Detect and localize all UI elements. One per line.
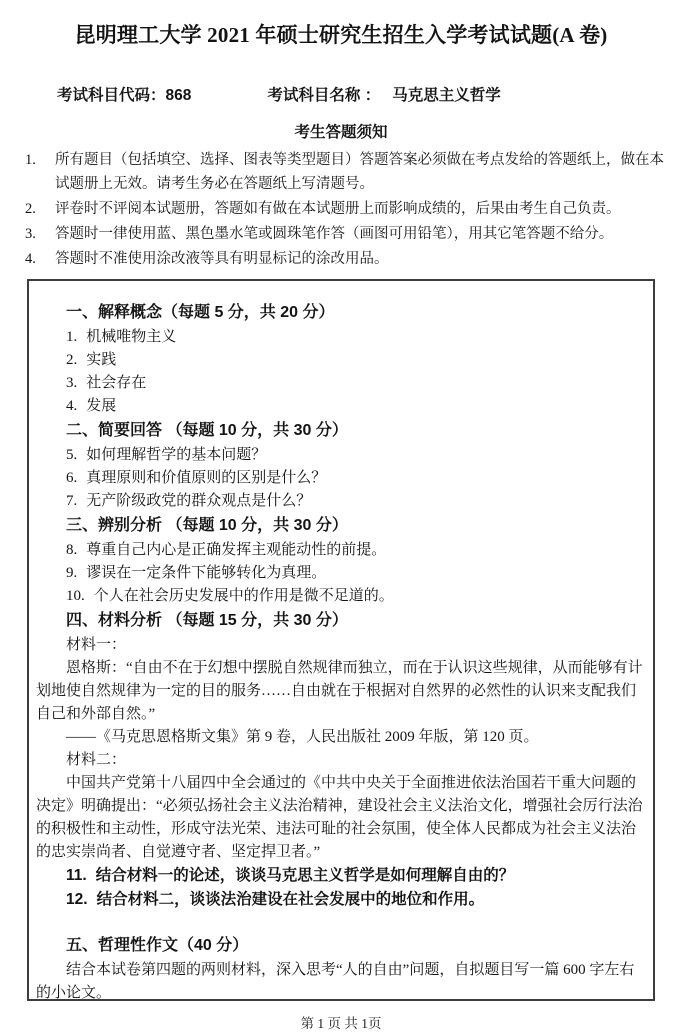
material-label: 材料一： (66, 634, 643, 657)
exam-content-box: 一、解释概念（每题 5 分，共 20 分）1.机械唯物主义2.实践3.社会存在4… (27, 279, 655, 1001)
question-text: 如何理解哲学的基本问题？ (86, 447, 266, 463)
material-paragraph: 中国共产党第十八届四中全会通过的《中共中央关于全面推进依法治国若干重大问题的决定… (36, 772, 643, 864)
notice-item-number: 2. (25, 197, 55, 221)
question-item: 1.机械唯物主义 (66, 326, 643, 349)
question-text: 无产阶级政党的群众观点是什么？ (86, 493, 311, 509)
material-paragraph: 恩格斯：“自由不在于幻想中摆脱自然规律而独立，而在于认识这些规律，从而能够有计划… (36, 657, 643, 726)
question-text: 发展 (86, 398, 116, 414)
notice-item: 3.答题时一律使用蓝、黑色墨水笔或圆珠笔作答（画图可用铅笔），用其它笔答题不给分… (25, 222, 664, 246)
question-item: 6.真理原则和价值原则的区别是什么？ (66, 467, 643, 490)
subject-info-row: 考试科目代码：868 考试科目名称 ：马克思主义哲学 (57, 86, 682, 106)
page-footer: 第 1 页 共 1页 (0, 1015, 682, 1033)
subject-code: 考试科目代码：868 (57, 86, 191, 106)
exam-paper-page: 昆明理工大学 2021 年硕士研究生招生入学考试试题(A 卷) 考试科目代码：8… (0, 0, 682, 1035)
question-number: 7. (66, 493, 77, 509)
section-heading: 一、解释概念（每题 5 分，共 20 分） (66, 300, 643, 326)
question-text: 实践 (86, 352, 116, 368)
question-text: 尊重自己内心是正确发挥主观能动性的前提。 (86, 542, 386, 558)
notice-item-number: 1. (25, 148, 55, 196)
blank-line (36, 912, 643, 933)
question-number: 8. (66, 542, 77, 558)
section-heading: 二、简要回答 （每题 10 分，共 30 分） (66, 418, 643, 444)
notice-item-text: 答题时一律使用蓝、黑色墨水笔或圆珠笔作答（画图可用铅笔），用其它笔答题不给分。 (55, 222, 664, 246)
notice-item-number: 4. (25, 247, 55, 271)
question-text: 个人在社会历史发展中的作用是微不足道的。 (94, 588, 394, 604)
subject-name-label: 考试科目名称 ： (267, 87, 380, 104)
notice-list: 1.所有题目（包括填空、选择、图表等类型题目）答题答案必须做在考点发给的答题纸上… (25, 148, 664, 271)
question-item: 10.个人在社会历史发展中的作用是微不足道的。 (66, 585, 643, 608)
question-number: 3. (66, 375, 77, 391)
subject-name: 考试科目名称 ：马克思主义哲学 (267, 86, 500, 106)
notice-title: 考生答题须知 (0, 123, 682, 142)
question-text: 社会存在 (86, 375, 146, 391)
question-number: 4. (66, 398, 77, 414)
question-text: 结合材料二，谈谈法治建设在社会发展中的地位和作用。 (97, 891, 485, 908)
subject-name-value: 马克思主义哲学 (392, 87, 501, 104)
question-number: 10. (66, 588, 85, 604)
question-item: 3.社会存在 (66, 372, 643, 395)
question-number: 6. (66, 470, 77, 486)
notice-item-number: 3. (25, 222, 55, 246)
question-text: 机械唯物主义 (86, 329, 176, 345)
question-number: 2. (66, 352, 77, 368)
material-label: 材料二： (66, 749, 643, 772)
question-number: 9. (66, 565, 77, 581)
section-heading: 五、哲理性作文（40 分） (66, 933, 643, 959)
notice-item: 1.所有题目（包括填空、选择、图表等类型题目）答题答案必须做在考点发给的答题纸上… (25, 148, 664, 196)
question-text: 结合材料一的论述，谈谈马克思主义哲学是如何理解自由的？ (96, 867, 515, 884)
section-heading: 四、材料分析 （每题 15 分，共 30 分） (66, 608, 643, 634)
question-number: 12. (66, 891, 88, 908)
question-number: 11. (66, 867, 87, 884)
notice-item-text: 答题时不准使用涂改液等具有明显标记的涂改用品。 (55, 247, 664, 271)
question-item-bold: 12.结合材料二，谈谈法治建设在社会发展中的地位和作用。 (66, 888, 643, 912)
question-item: 8.尊重自己内心是正确发挥主观能动性的前提。 (66, 539, 643, 562)
notice-item: 4.答题时不准使用涂改液等具有明显标记的涂改用品。 (25, 247, 664, 271)
notice-item: 2.评卷时不评阅本试题册，答题如有做在本试题册上而影响成绩的，后果由考生自己负责… (25, 197, 664, 221)
subject-code-label: 考试科目代码： (57, 87, 166, 104)
question-text: 谬误在一定条件下能够转化为真理。 (86, 565, 326, 581)
notice-item-text: 所有题目（包括填空、选择、图表等类型题目）答题答案必须做在考点发给的答题纸上，做… (55, 148, 664, 196)
question-item: 4.发展 (66, 395, 643, 418)
question-number: 5. (66, 447, 77, 463)
question-text: 真理原则和价值原则的区别是什么？ (86, 470, 326, 486)
question-item-bold: 11.结合材料一的论述，谈谈马克思主义哲学是如何理解自由的？ (66, 864, 643, 888)
question-item: 9.谬误在一定条件下能够转化为真理。 (66, 562, 643, 585)
source-citation: ——《马克思恩格斯文集》第 9 卷，人民出版社 2009 年版，第 120 页。 (36, 726, 643, 749)
question-item: 7.无产阶级政党的群众观点是什么？ (66, 490, 643, 513)
question-item: 2.实践 (66, 349, 643, 372)
notice-item-text: 评卷时不评阅本试题册，答题如有做在本试题册上而影响成绩的，后果由考生自己负责。 (55, 197, 664, 221)
page-title: 昆明理工大学 2021 年硕士研究生招生入学考试试题(A 卷) (0, 0, 682, 49)
material-paragraph: 结合本试卷第四题的两则材料，深入思考“人的自由”问题，自拟题目写一篇 600 字… (36, 959, 643, 1001)
question-item: 5.如何理解哲学的基本问题？ (66, 444, 643, 467)
question-number: 1. (66, 329, 77, 345)
section-heading: 三、辨别分析 （每题 10 分，共 30 分） (66, 513, 643, 539)
subject-code-value: 868 (166, 87, 192, 104)
